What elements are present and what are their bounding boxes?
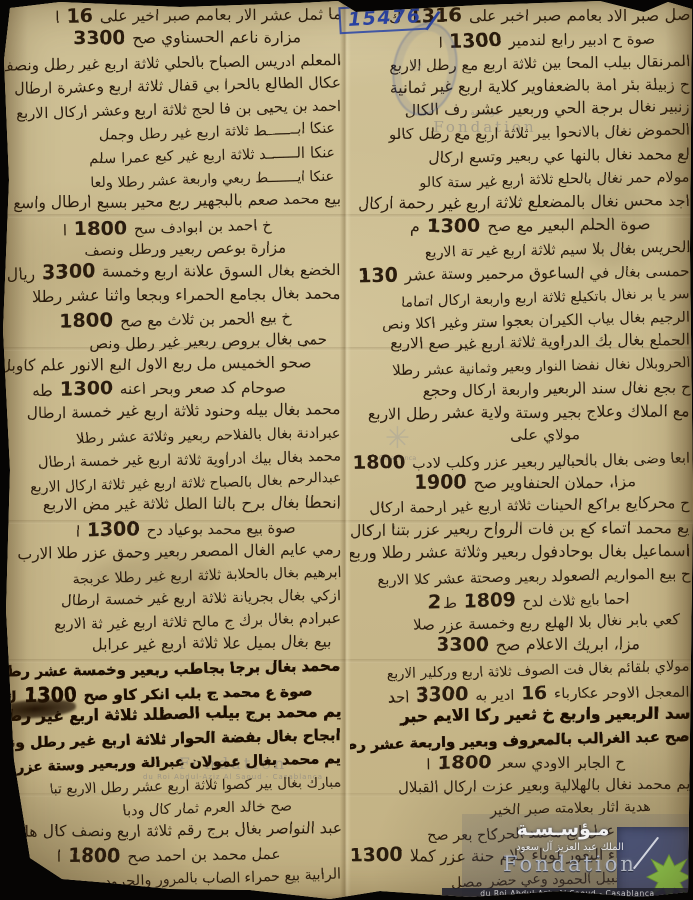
price-number: 1800 <box>58 309 115 332</box>
manuscript-line: محمد بغال بيله وحنود ثلاثة اربع غير خمسة… <box>5 398 341 425</box>
manuscript-line: مع الملاك وعلاج بجير وستة ولاية عشر رطل … <box>350 399 690 425</box>
manuscript-line: مولاي على <box>350 422 690 449</box>
price-number: 3300 <box>71 27 128 49</box>
manuscript-line: اسماعيل بغال بوحادفول ربعير وثلاثة عشر ر… <box>350 539 690 564</box>
price-number: 1300 <box>84 518 141 541</box>
price-number: 1300 <box>58 377 115 400</box>
manuscript-page: مؤسسة Fondation ✳ Casablanca Fondation d… <box>0 0 693 900</box>
price-number: 1809 <box>461 590 518 613</box>
manuscript-line: سد الربعير واربع خ ثعير ركا الايم حبر <box>350 702 690 727</box>
price-number: 3300 <box>435 633 492 655</box>
price-number: 2 <box>425 592 443 614</box>
manuscript-line: مزارة ناعم الحسناوي صح 3300 <box>5 25 341 51</box>
price-number: 1300 <box>425 214 482 236</box>
price-number: 1800 <box>436 751 493 774</box>
price-number: 1800 <box>66 844 123 867</box>
manuscript-line: صم وسبيل الحمود وعي حضر مصل <box>350 865 690 891</box>
price-number: 1800 <box>350 451 407 474</box>
scan-background: مؤسسة Fondation ✳ Casablanca Fondation d… <box>0 0 693 900</box>
price-number: 1800 <box>72 216 129 239</box>
price-number: 1300 <box>350 844 405 866</box>
price-number: 3300 <box>39 261 96 284</box>
manuscript-line: اجد محس نغال بالمضعلع ثلاثة اربع غير رحم… <box>350 189 690 215</box>
manuscript-line: الخضع بغال السوق علانة اربع وخمسة 3300 ر… <box>5 258 341 285</box>
manuscript-line: محمد بغال بجامع الحمراء وبجعا واثنا عشر … <box>5 282 341 308</box>
price-number: 16 <box>65 5 96 27</box>
manuscript-line: بيع بغال بميل علا ثلاثة اربع غير عرابل <box>5 631 341 658</box>
manuscript-line: يع محمد اتماء كع بن فات الرواح ربعير عزر… <box>350 516 690 542</box>
price-number: 16 <box>519 682 550 705</box>
manuscript-line: مزا، ابريك الاعلام صح 3300 <box>350 632 690 658</box>
manuscript-line: انحطا بغال برح بالنا الطل ثلاثة غير مض ا… <box>5 491 341 517</box>
manuscript-line: فيم البعاء البعور لوباء كلام حنة عزر كمل… <box>350 842 690 868</box>
manuscript-line: صوة الحلم البعير مع صح 1300 م <box>350 213 690 238</box>
price-number: 130 <box>356 264 400 287</box>
price-number: 1900 <box>412 471 469 494</box>
manuscript-line: صحو الخميس مل ربع الاول البع الانور علم … <box>5 351 341 378</box>
right-text-column: صل صبر الاد بعامم صبر اخبر على 1316 كصوة… <box>350 3 690 891</box>
left-text-column: ما ثمل عشر الار بعامم صبر اخير على 16 ام… <box>5 2 341 888</box>
manuscript-line: بيع محمد صعم بالبجهير ربع محير بسبع ارطا… <box>5 188 341 215</box>
